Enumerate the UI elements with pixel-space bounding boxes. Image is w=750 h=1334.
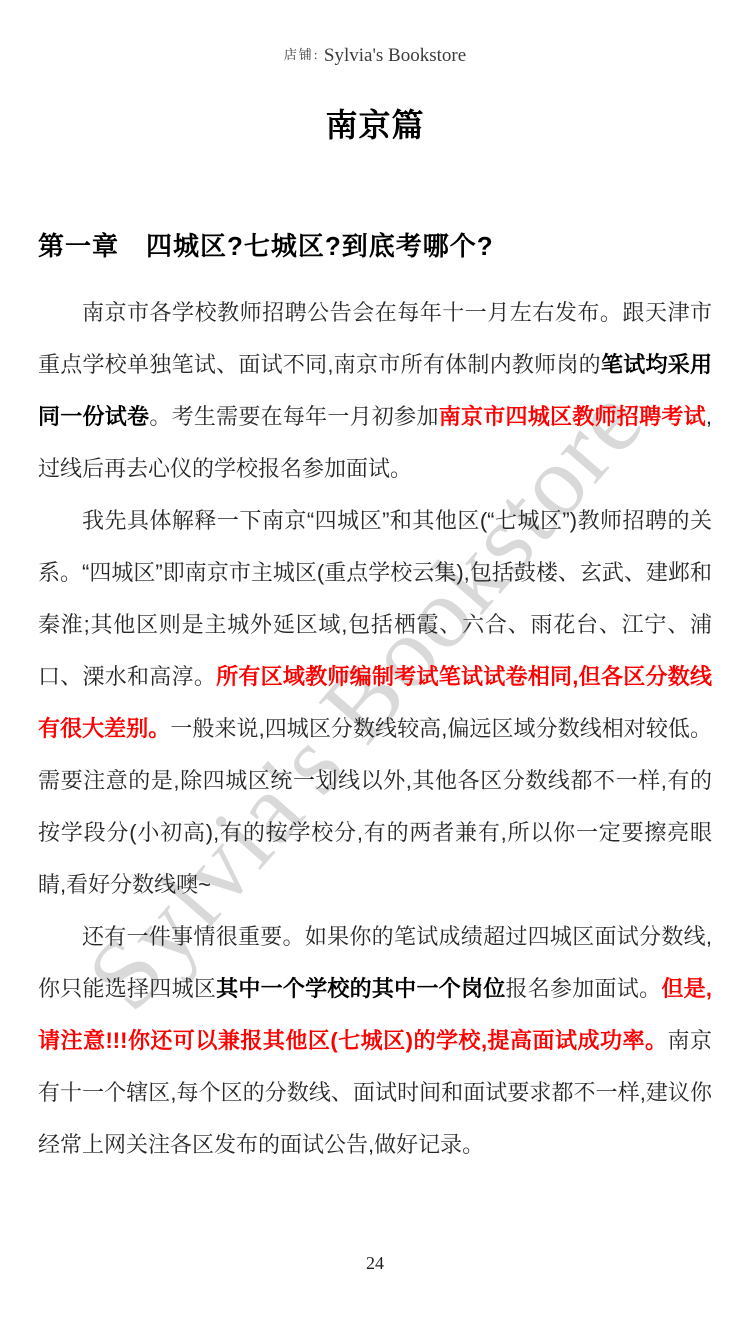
text-run-normal: 报名参加面试。: [506, 976, 662, 1001]
chapter-heading: 第一章 四城区?七城区?到底考哪个?: [38, 226, 494, 263]
shop-label: 店铺:: [284, 47, 320, 62]
paragraph: 南京市各学校教师招聘公告会在每年十一月左右发布。跟天津市重点学校单独笔试、面试不…: [38, 287, 712, 495]
text-run-normal: 我先具体解释一下南京“四城区”和其他区(“七城区”)教师招聘的关系。“四城区”即…: [38, 508, 712, 689]
page-header: 店铺: Sylvia's Bookstore: [0, 44, 750, 67]
text-run-normal: 一般来说,四城区分数线较高,偏远区域分数线相对较低。需要注意的是,除四城区统一划…: [38, 716, 712, 897]
shop-name: Sylvia's Bookstore: [324, 45, 466, 66]
text-run-bold: 其中一个学校的其中一个岗位: [216, 976, 505, 1001]
text-run-red-bold: 南京市四城区教师招聘考试: [439, 404, 706, 429]
paragraph: 我先具体解释一下南京“四城区”和其他区(“七城区”)教师招聘的关系。“四城区”即…: [38, 495, 712, 911]
paragraph: 还有一件事情很重要。如果你的笔试成绩超过四城区面试分数线,你只能选择四城区其中一…: [38, 911, 712, 1171]
text-run-normal: 。考生需要在每年一月初参加: [149, 404, 438, 429]
body-text: 南京市各学校教师招聘公告会在每年十一月左右发布。跟天津市重点学校单独笔试、面试不…: [38, 287, 712, 1171]
page-number: 24: [0, 1253, 750, 1274]
book-page: Sylvia's Bookstore 店铺: Sylvia's Bookstor…: [0, 0, 750, 1334]
page-title: 南京篇: [0, 100, 750, 146]
